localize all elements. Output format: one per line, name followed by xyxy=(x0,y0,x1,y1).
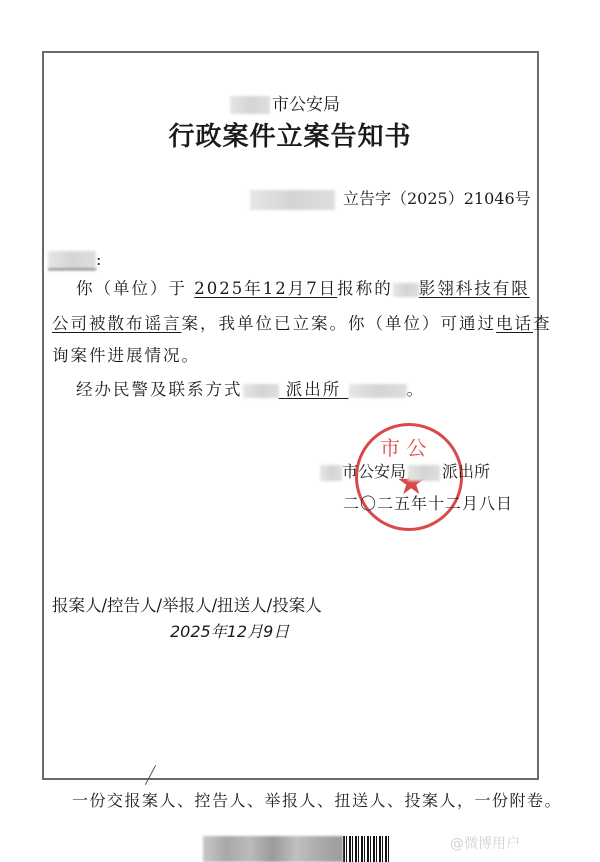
signature-date: 二〇二五年十二月八日 xyxy=(343,491,513,514)
barcode-bars xyxy=(343,836,389,862)
document-number: 立告字（2025）21046号 xyxy=(250,186,531,210)
contact-method: 电话 xyxy=(496,314,533,333)
doc-number-text: 立告字（2025）21046号 xyxy=(343,189,531,208)
seal-text: 市 公 xyxy=(380,432,426,461)
reporter-roles: 报案人/控告人/举报人/扭送人/投案人 xyxy=(52,592,322,616)
report-date: 2025年12月7日 xyxy=(194,279,337,298)
agency-name: 市公安局 xyxy=(272,95,340,115)
addressee: : xyxy=(48,250,101,270)
p1-end: 查 xyxy=(533,314,552,333)
p1-prefix: 你（单位）于 xyxy=(76,279,187,298)
document-border xyxy=(42,51,539,780)
company-name: 影翎科技有限 xyxy=(393,279,530,298)
agency-header: 市公安局 xyxy=(230,90,340,115)
handwritten-date: 2025年12月9日 xyxy=(170,619,289,642)
sig-station: 派出所 xyxy=(442,462,490,481)
body-line-3: 询案件进展情况。 xyxy=(52,342,200,366)
addressee-colon: : xyxy=(96,250,101,269)
barcode xyxy=(203,836,389,862)
footer-note: 一份交报案人、控告人、举报人、扭送人、投案人，一份附卷。 xyxy=(72,788,562,811)
body-line-2: 公司被散布谣言案，我单位已立案。你（单位）可通过电话查 xyxy=(52,310,552,334)
contact-label: 经办民警及联系方式 xyxy=(76,380,243,399)
weibo-watermark: @微博用户 xyxy=(450,833,520,853)
signature-agency: 市公安局派出所 xyxy=(320,459,490,482)
sig-agency-name: 市公安局 xyxy=(342,462,406,481)
document-title: 行政案件立案告知书 xyxy=(0,116,590,153)
redacted-addressee xyxy=(48,251,96,270)
contact-line: 经办民警及联系方式 派出所 。 xyxy=(76,376,425,400)
p1-mid: 报称的 xyxy=(337,279,393,298)
contact-end: 。 xyxy=(407,380,426,399)
contact-value: 派出所 xyxy=(243,380,407,399)
case-type: 公司被散布谣言 xyxy=(52,314,182,333)
redacted-barcode-number xyxy=(203,836,343,862)
body-line-1: 你（单位）于 2025年12月7日报称的影翎科技有限 xyxy=(76,275,530,299)
redacted-prefix xyxy=(250,190,335,210)
p1-rest: 案，我单位已立案。你（单位）可通过 xyxy=(182,314,497,333)
redacted-city xyxy=(230,96,270,114)
